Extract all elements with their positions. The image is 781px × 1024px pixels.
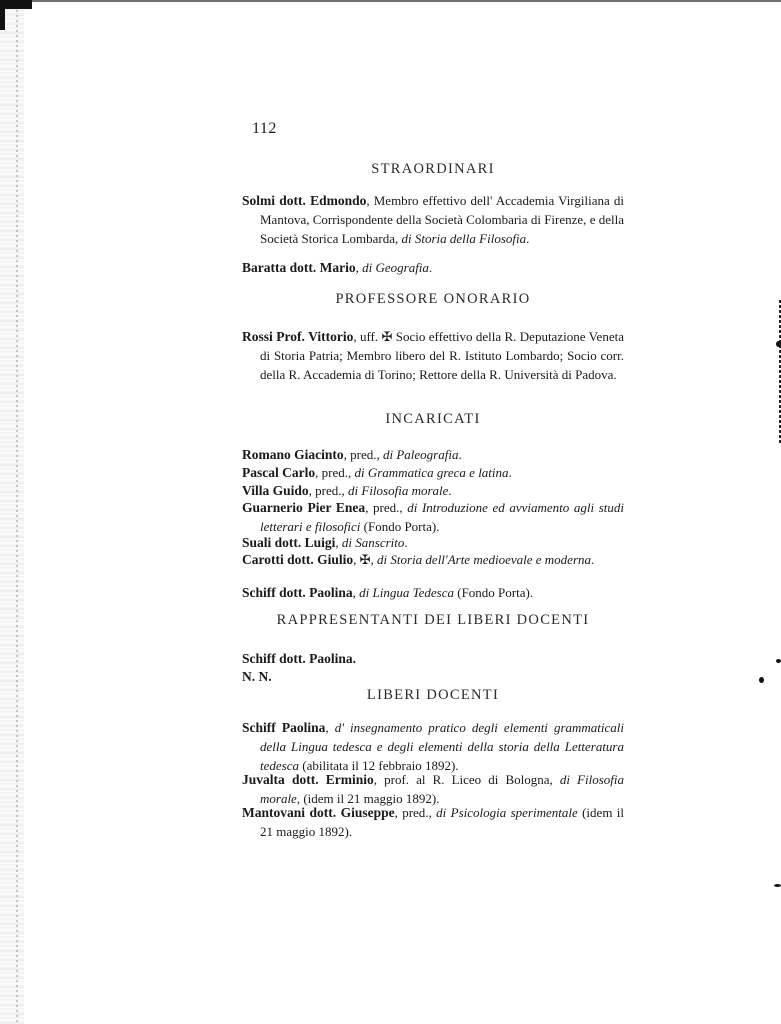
entry-name: Solmi dott. Edmondo <box>242 193 366 208</box>
section-heading-professore-onorario: PROFESSORE ONORARIO <box>242 291 624 308</box>
entry-text: , pred., <box>315 465 354 480</box>
entry-tail: . <box>509 465 512 480</box>
entry-text: , pred., <box>395 805 437 820</box>
entry-name: Schiff Paolina <box>242 720 325 735</box>
entry-subject: di Grammatica greca e latina <box>354 465 508 480</box>
entry-name: Guarnerio Pier Enea <box>242 500 365 515</box>
entry-name: Baratta dott. Mario <box>242 260 356 275</box>
scan-speck <box>776 341 781 347</box>
section-heading-rappresentanti: RAPPRESENTANTI DEI LIBERI DOCENTI <box>242 612 624 629</box>
entry-name: Suali dott. Luigi <box>242 535 335 550</box>
entry-text: , pred., <box>344 447 383 462</box>
entry-tail: . <box>526 231 529 246</box>
entry-subject: di Storia dell'Arte medioevale e moderna <box>377 552 591 567</box>
entry-schiff-libera-docente: Schiff Paolina, d' insegnamento pratico … <box>242 718 624 775</box>
entry-text: , <box>325 720 334 735</box>
entry-name: Mantovani dott. Giuseppe <box>242 805 395 820</box>
section-heading-straordinari: STRAORDINARI <box>242 161 624 178</box>
entry-subject: di Sanscrito <box>342 535 404 550</box>
entry-pascal: Pascal Carlo, pred., di Grammatica greca… <box>242 463 624 482</box>
section-heading-incaricati: INCARICATI <box>242 411 624 428</box>
entry-subject: di Psicologia sperimentale <box>436 805 578 820</box>
entry-name: Villa Guido <box>242 483 309 498</box>
entry-rossi: Rossi Prof. Vittorio, uff. ✠ Socio effet… <box>242 327 624 384</box>
entry-carotti: Carotti dott. Giulio, ✠, di Storia dell'… <box>242 550 624 569</box>
entry-tail: (Fondo Porta). <box>360 519 439 534</box>
entry-name: Schiff dott. Paolina. <box>242 651 356 666</box>
entry-tail: . <box>591 552 594 567</box>
entry-name: N. N. <box>242 669 272 684</box>
entry-name: Juvalta dott. Erminio <box>242 772 374 787</box>
entry-tail: . <box>404 535 407 550</box>
entry-baratta: Baratta dott. Mario, di Geografia. <box>242 258 624 277</box>
entry-schiff-incaricati: Schiff dott. Paolina, di Lingua Tedesca … <box>242 583 624 602</box>
entry-subject: di Filosofia morale <box>348 483 448 498</box>
entry-subject: di Storia della Filosofia <box>402 231 527 246</box>
scan-top-edge <box>32 0 781 2</box>
entry-text: , pred., <box>365 500 407 515</box>
entry-romano: Romano Giacinto, pred., di Paleografia. <box>242 445 624 464</box>
entry-subject: di Geografia <box>362 260 429 275</box>
scan-corner-mark <box>0 0 5 30</box>
scan-speck <box>776 659 781 663</box>
section-heading-liberi-docenti: LIBERI DOCENTI <box>242 687 624 704</box>
entry-name: Carotti dott. Giulio <box>242 552 353 567</box>
entry-subject: di Lingua Tedesca <box>359 585 454 600</box>
entry-schiff-rappresentante: Schiff dott. Paolina. <box>242 649 624 668</box>
entry-tail: . <box>448 483 451 498</box>
entry-tail: . <box>429 260 432 275</box>
entry-text: , prof. al R. Liceo di Bologna, <box>374 772 560 787</box>
entry-text: , pred., <box>309 483 348 498</box>
entry-solmi: Solmi dott. Edmondo, Membro effettivo de… <box>242 191 624 248</box>
entry-guarnerio: Guarnerio Pier Enea, pred., di Introduzi… <box>242 498 624 536</box>
entry-name: Romano Giacinto <box>242 447 344 462</box>
entry-name: Rossi Prof. Vittorio <box>242 329 353 344</box>
entry-text: , ✠, <box>353 552 377 567</box>
entry-tail: . <box>458 447 461 462</box>
page-number: 112 <box>252 120 277 138</box>
scan-left-edge <box>0 0 24 1024</box>
scan-speck <box>774 884 781 887</box>
entry-nn: N. N. <box>242 667 624 686</box>
entry-name: Schiff dott. Paolina <box>242 585 353 600</box>
entry-mantovani: Mantovani dott. Giuseppe, pred., di Psic… <box>242 803 624 841</box>
entry-subject: di Paleografia <box>383 447 458 462</box>
entry-tail: (Fondo Porta). <box>454 585 533 600</box>
scan-speck <box>759 677 764 683</box>
entry-name: Pascal Carlo <box>242 465 315 480</box>
